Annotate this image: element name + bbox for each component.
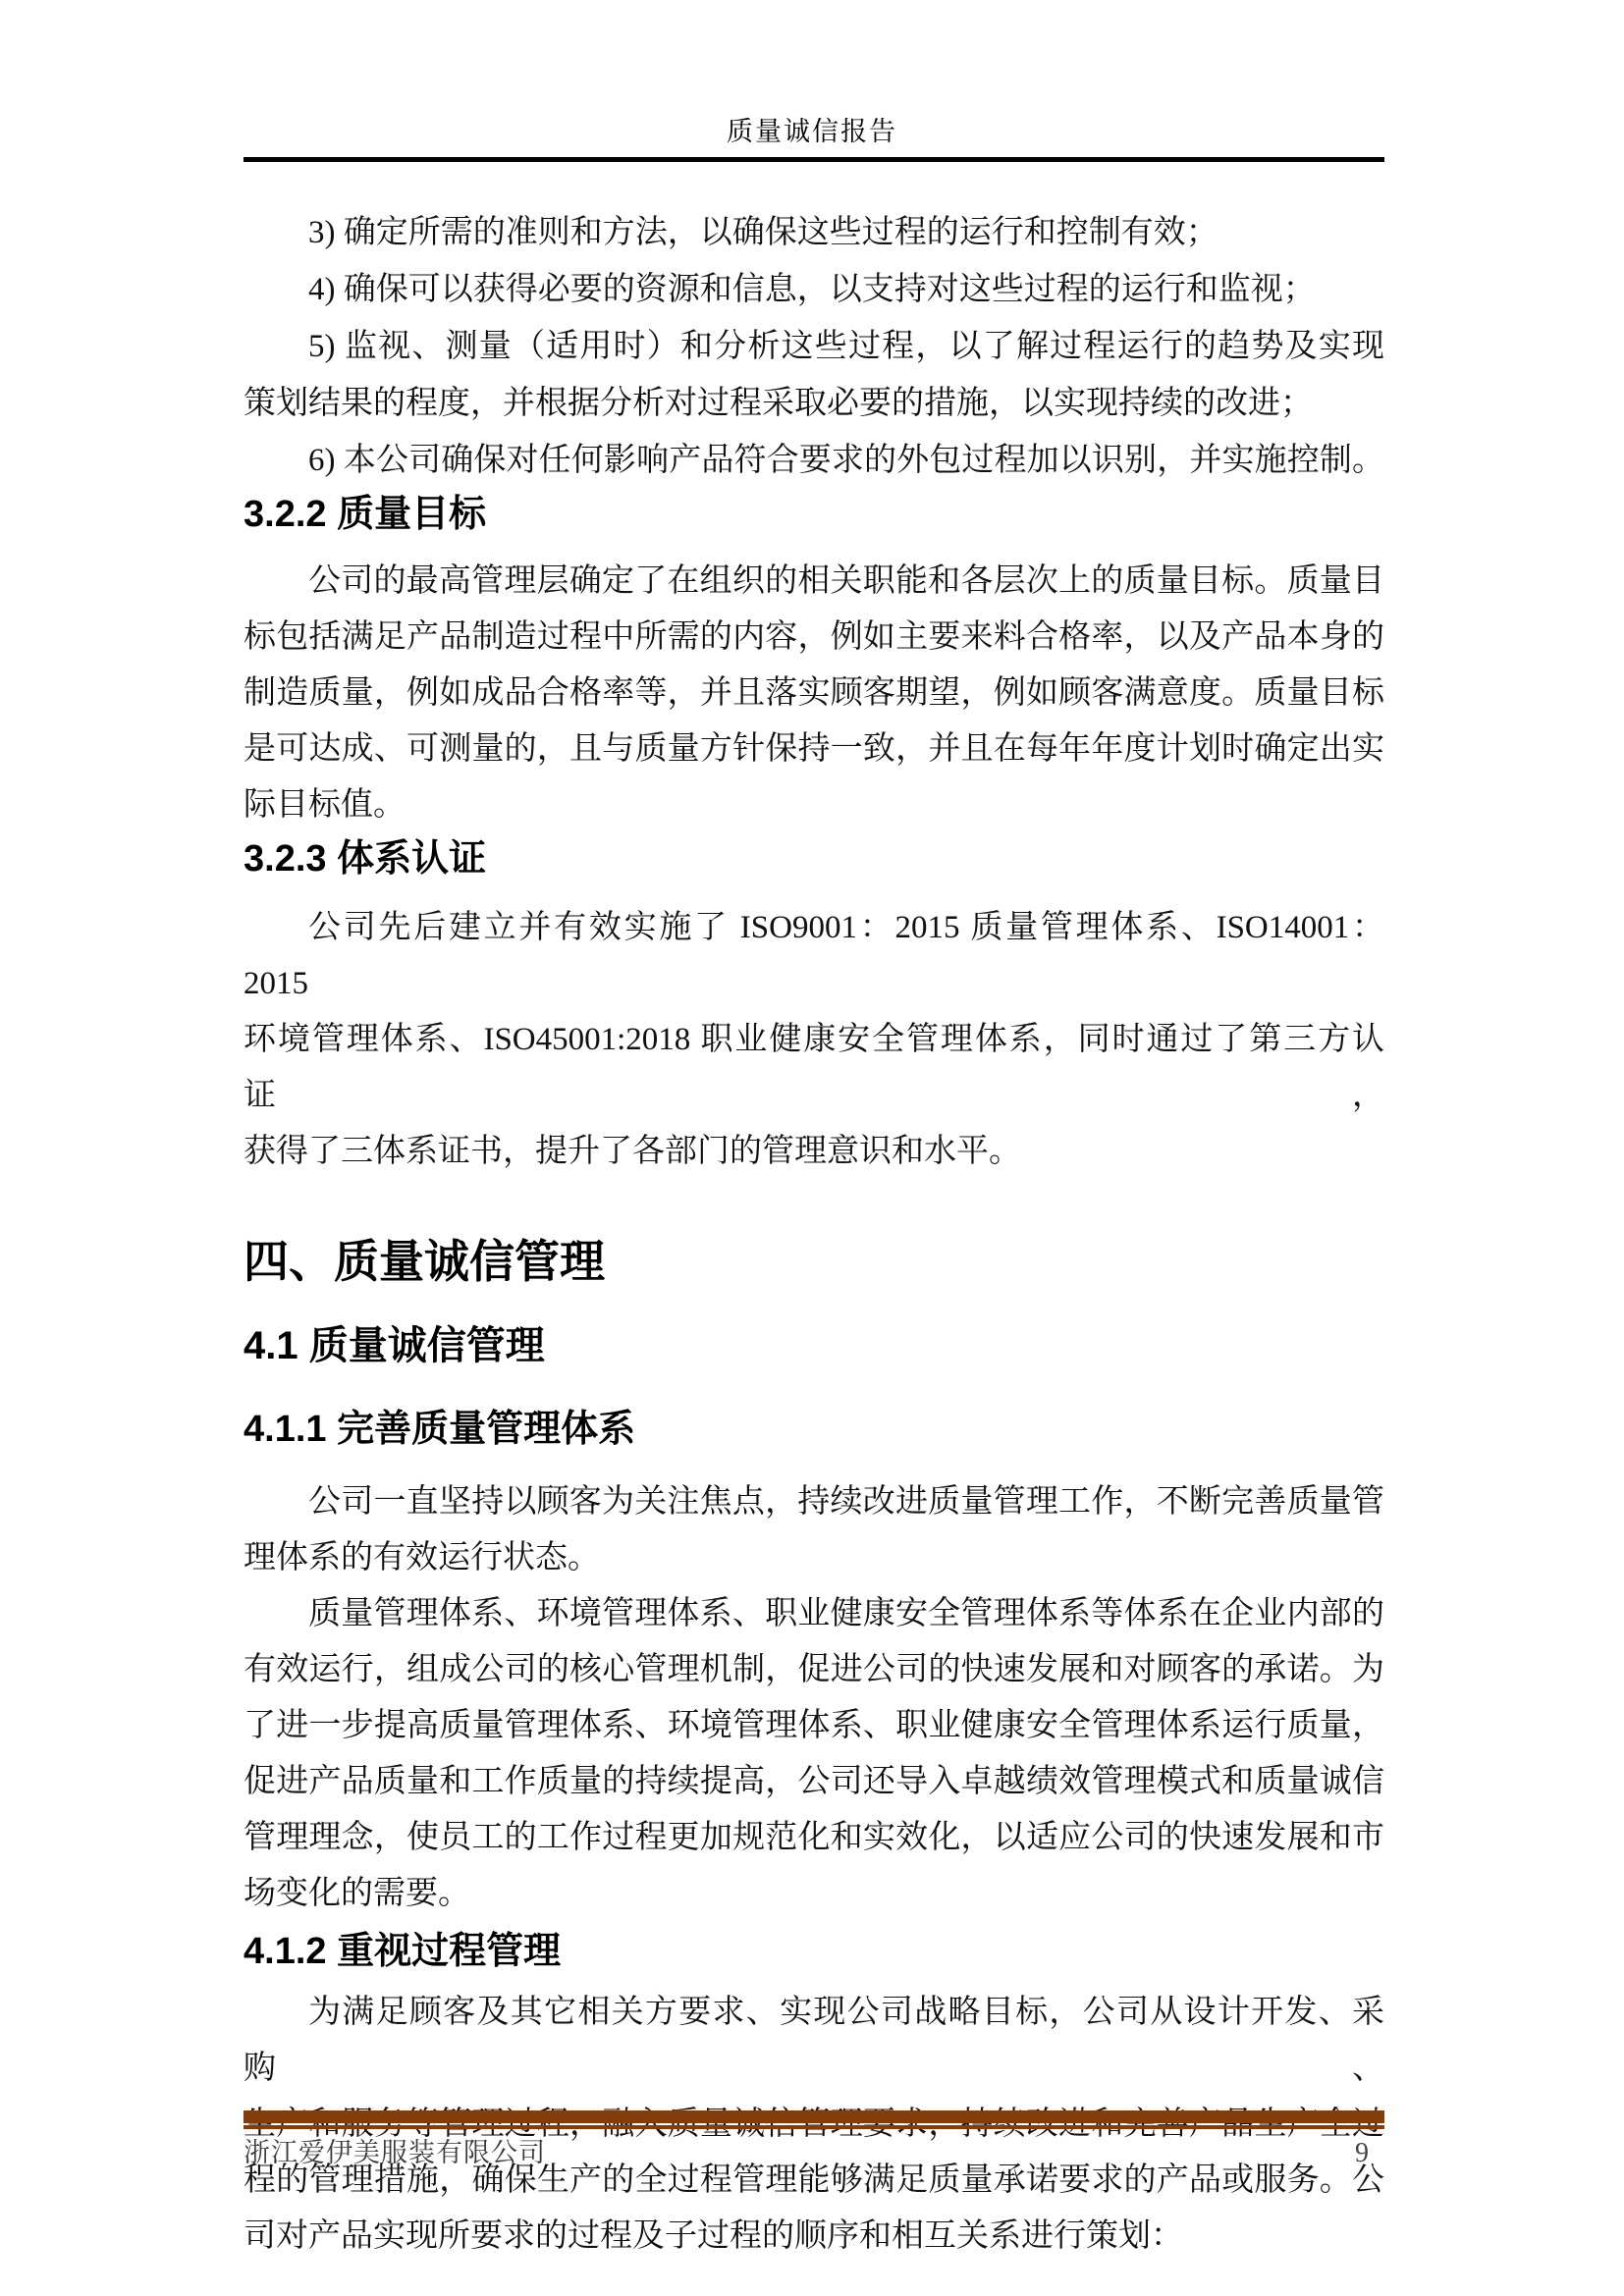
text-line: 公司先后建立并有效实施了 ISO9001：2015 质量管理体系、ISO1400… — [244, 900, 1384, 1012]
footer-row: 浙江爱伊美服装有限公司 9 — [244, 2131, 1384, 2169]
text-line: 促进产品质量和工作质量的持续提高，公司还导入卓越绩效管理模式和质量诚信 — [244, 1754, 1384, 1810]
numbered-list: 3) 确定所需的准则和方法，以确保这些过程的运行和控制有效； 4) 确保可以获得… — [244, 204, 1384, 489]
paragraph-customer-focus: 公司一直坚持以顾客为关注焦点，持续改进质量管理工作，不断完善质量管 理体系的有效… — [244, 1474, 1384, 1586]
text-line: 司对产品实现所要求的过程及子过程的顺序和相互关系进行策划： — [244, 2209, 1384, 2265]
text-line: 理体系的有效运行状态。 — [244, 1530, 1384, 1586]
document-page: 质量诚信报告 3) 确定所需的准则和方法，以确保这些过程的运行和控制有效； 4)… — [0, 0, 1624, 2296]
section-heading-4-1-1: 4.1.1 完善质量管理体系 — [244, 1408, 1384, 1451]
footer-company-name: 浙江爱伊美服装有限公司 — [244, 2131, 546, 2169]
paragraph-management-systems: 质量管理体系、环境管理体系、职业健康安全管理体系等体系在企业内部的 有效运行，组… — [244, 1586, 1384, 1922]
paragraph-quality-goals: 公司的最高管理层确定了在组织的相关职能和各层次上的质量目标。质量目 标包括满足产… — [244, 554, 1384, 833]
text-line: 管理理念，使员工的工作过程更加规范化和实效化，以适应公司的快速发展和市 — [244, 1810, 1384, 1866]
paragraph-certification: 公司先后建立并有效实施了 ISO9001：2015 质量管理体系、ISO1400… — [244, 900, 1384, 1180]
section-heading-3-2-2: 3.2.2 质量目标 — [244, 493, 1384, 536]
header-rule — [244, 157, 1384, 162]
text-line: 获得了三体系证书，提升了各部门的管理意识和水平。 — [244, 1124, 1384, 1180]
text-line: 5) 监视、测量（适用时）和分析这些过程，以了解过程运行的趋势及实现 — [244, 318, 1384, 375]
header-title: 质量诚信报告 — [0, 110, 1624, 148]
page-header: 质量诚信报告 — [0, 0, 1624, 162]
page-number: 9 — [1355, 2138, 1384, 2169]
section-heading-3-2-3: 3.2.3 体系认证 — [244, 837, 1384, 881]
text-line: 场变化的需要。 — [244, 1866, 1384, 1922]
footer-rule-thin — [244, 2125, 1384, 2129]
page-footer: 浙江爱伊美服装有限公司 9 — [244, 2110, 1384, 2169]
section-heading-4-1: 4.1 质量诚信管理 — [244, 1322, 1384, 1369]
text-line: 6) 本公司确保对任何影响产品符合要求的外包过程加以识别，并实施控制。 — [244, 432, 1384, 489]
document-body: 3) 确定所需的准则和方法，以确保这些过程的运行和控制有效； 4) 确保可以获得… — [244, 204, 1384, 2265]
text-line: 策划结果的程度，并根据分析对过程采取必要的措施，以实现持续的改进； — [244, 375, 1384, 432]
text-line: 是可达成、可测量的，且与质量方针保持一致，并且在每年年度计划时确定出实 — [244, 721, 1384, 777]
text-line: 公司的最高管理层确定了在组织的相关职能和各层次上的质量目标。质量目 — [244, 554, 1384, 610]
text-line: 际目标值。 — [244, 777, 1384, 833]
text-line: 有效运行，组成公司的核心管理机制，促进公司的快速发展和对顾客的承诺。为 — [244, 1642, 1384, 1698]
text-line: 环境管理体系、ISO45001:2018 职业健康安全管理体系，同时通过了第三方… — [244, 1012, 1384, 1124]
text-line: 制造质量，例如成品合格率等，并且落实顾客期望，例如顾客满意度。质量目标 — [244, 666, 1384, 721]
text-line: 4) 确保可以获得必要的资源和信息，以支持对这些过程的运行和监视； — [244, 261, 1384, 318]
text-line: 了进一步提高质量管理体系、环境管理体系、职业健康安全管理体系运行质量， — [244, 1698, 1384, 1754]
text-line: 3) 确定所需的准则和方法，以确保这些过程的运行和控制有效； — [244, 204, 1384, 261]
text-line: 为满足顾客及其它相关方要求、实现公司战略目标，公司从设计开发、采购、 — [244, 1985, 1384, 2097]
chapter-heading-4: 四、质量诚信管理 — [244, 1234, 1384, 1289]
text-line: 质量管理体系、环境管理体系、职业健康安全管理体系等体系在企业内部的 — [244, 1586, 1384, 1642]
footer-rule-thick — [244, 2110, 1384, 2123]
text-line: 标包括满足产品制造过程中所需的内容，例如主要来料合格率，以及产品本身的 — [244, 610, 1384, 666]
section-heading-4-1-2: 4.1.2 重视过程管理 — [244, 1930, 1384, 1973]
text-line: 公司一直坚持以顾客为关注焦点，持续改进质量管理工作，不断完善质量管 — [244, 1474, 1384, 1530]
